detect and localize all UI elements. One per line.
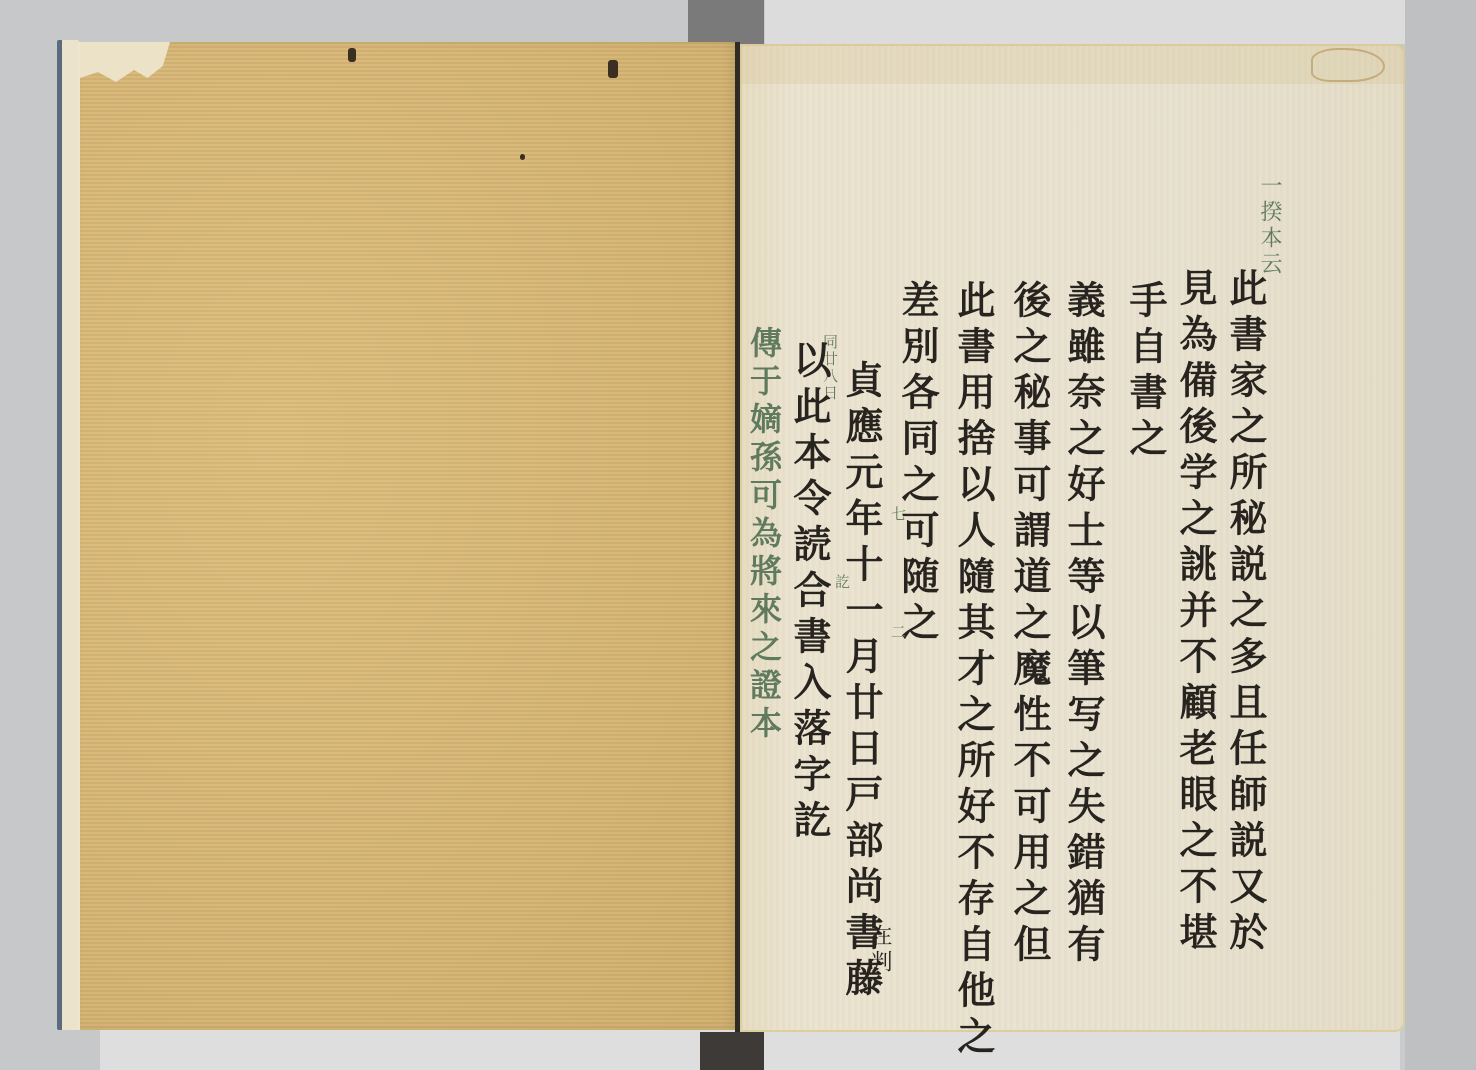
text-column-7: 差別各同之可随之 xyxy=(898,280,936,648)
text-column-2: 見為備後学之誂并不顧老眼之不堪 xyxy=(1176,268,1214,958)
wormhole xyxy=(520,154,525,160)
text-column-9: 以此本令読合書入落字訖 xyxy=(790,340,828,846)
annotation-mark: 二 xyxy=(890,624,905,641)
page-top-band xyxy=(740,44,1405,84)
text-column-4: 義雖奈之好士等以筆写之失錯猶有 xyxy=(1064,280,1102,970)
annotation-mark: 七 xyxy=(890,506,905,523)
annotation-column: 一揆本云 xyxy=(1258,174,1280,278)
text-column-8-date: 貞應元年十一月廿日戸部尚書藤 xyxy=(842,360,880,1004)
background-right xyxy=(1405,0,1476,1070)
wormhole xyxy=(348,48,356,62)
text-column-5: 後之秘事可謂道之魔性不可用之但 xyxy=(1010,280,1048,970)
text-column-1: 此書家之所秘説之多且任師説又於 xyxy=(1226,268,1264,958)
gutter-support-bottom xyxy=(700,1032,764,1070)
torn-edge xyxy=(1311,48,1385,82)
wormhole xyxy=(608,60,618,78)
left-page-cover xyxy=(78,42,737,1030)
text-column-10-annotation: 傳于嫡孫可為將來之證本 xyxy=(748,326,780,744)
annotation-mark: 訖 xyxy=(834,574,849,591)
right-page-text: 一揆本云 此書家之所秘説之多且任師説又於 見為備後学之誂并不顧老眼之不堪 手自書… xyxy=(740,44,1405,1032)
book-spine-edge xyxy=(57,40,79,1030)
background-top-right xyxy=(765,0,1405,44)
text-column-3: 手自書之 xyxy=(1126,280,1164,464)
text-column-6: 此書用捨以人隨其才之所好不存自他之 xyxy=(954,280,992,1062)
torn-corner xyxy=(80,42,170,82)
gutter-support-top xyxy=(688,0,764,44)
signature-mark: 在判 xyxy=(868,924,890,976)
